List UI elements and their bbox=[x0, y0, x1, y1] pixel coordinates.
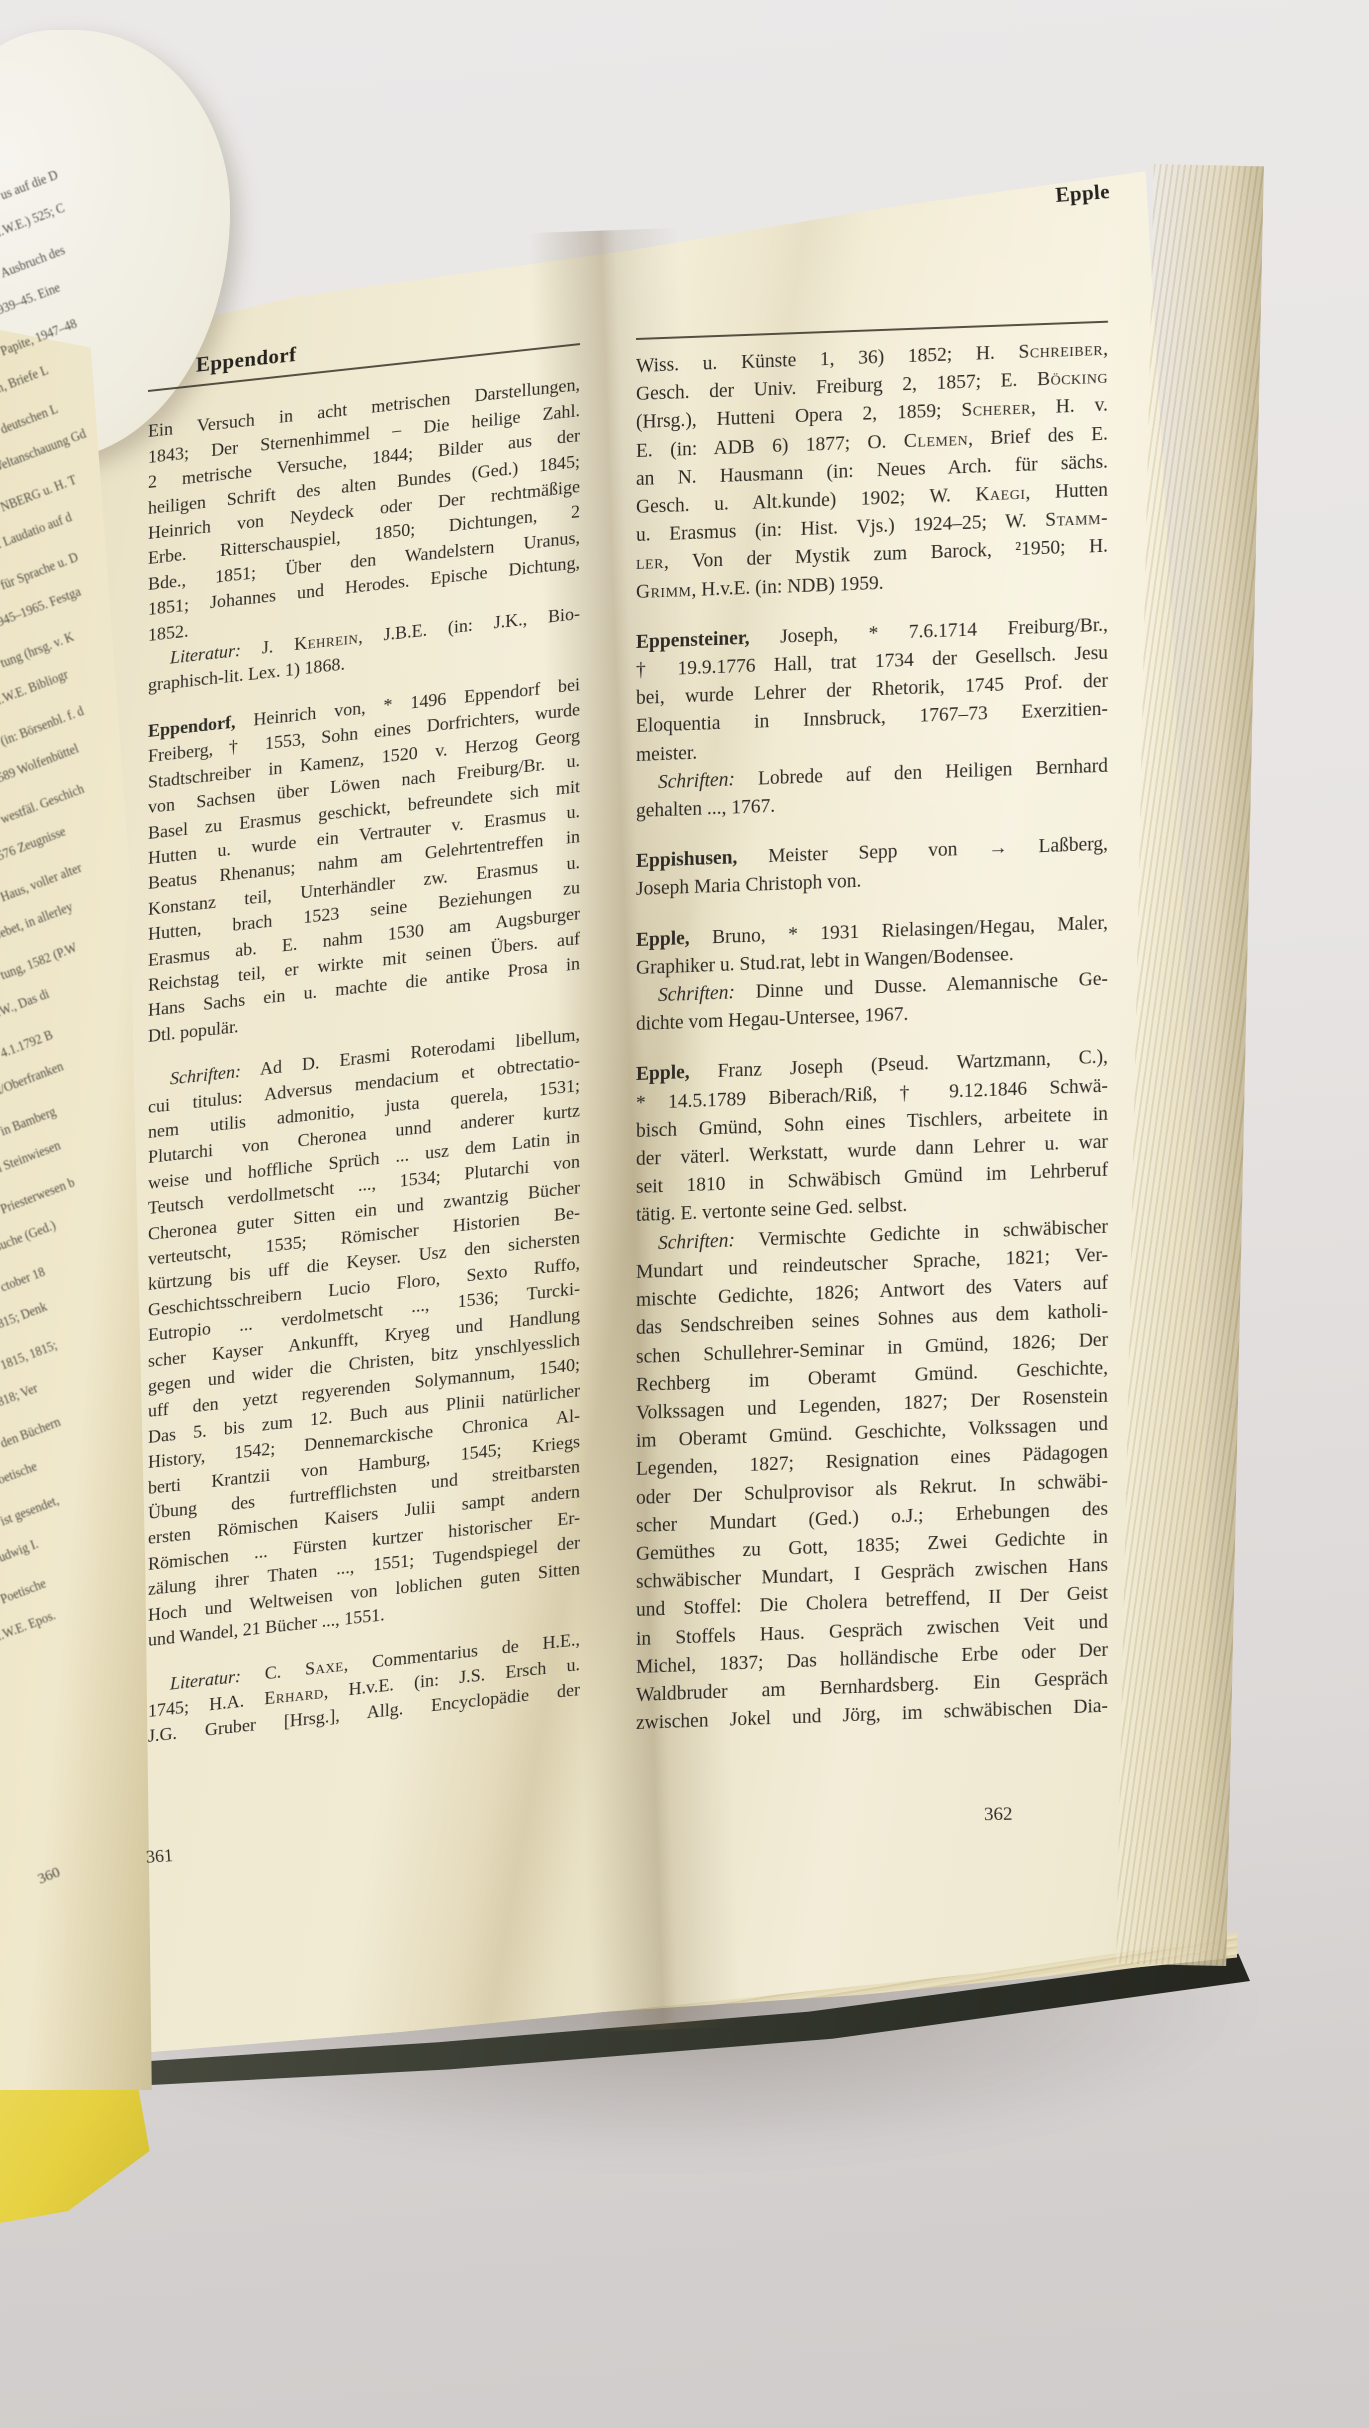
fragment-line: Poetische bbox=[0, 1575, 48, 1607]
fragment-line: Ludwig I. bbox=[0, 1536, 41, 1568]
left-page-entries: Ein Versuch in acht metrischen Darstellu… bbox=[148, 372, 580, 1749]
right-page-text-column: Wiss. u. Künste 1, 36) 1852; H. Schreibe… bbox=[636, 321, 1108, 1761]
fragment-line: 1818; Ver bbox=[0, 1380, 40, 1412]
fragment-line: rsuche (Ged.) bbox=[0, 1217, 58, 1256]
entry-block: Eppishusen, Meister Sepp von → Laßberg,J… bbox=[636, 831, 1108, 905]
fragment-line: P.W., Das di bbox=[0, 986, 51, 1023]
entry-block: Wiss. u. Künste 1, 36) 1852; H. Schreibe… bbox=[636, 336, 1108, 607]
entry-block: Schriften: Ad D. Erasmi Roterodami libel… bbox=[148, 1022, 580, 1653]
fragment-line: H.W.E. Bibliogr bbox=[0, 667, 70, 711]
fragment-line: westfäl. Geschich bbox=[0, 781, 86, 828]
fragment-line: 1815; Denk bbox=[0, 1299, 49, 1335]
fragment-line: Priesterwesen b bbox=[0, 1174, 77, 1217]
page-number-362: 362 bbox=[984, 1804, 1013, 1826]
photo-of-open-lexicon: us auf die DH.W.E.) 525; CAusbruch des19… bbox=[0, 0, 1369, 2428]
entry-block: Epple, Bruno, * 1931 Rielasingen/Hegau, … bbox=[636, 909, 1108, 1039]
fragment-line: ctober 18 bbox=[0, 1264, 47, 1296]
fragment-line: u. Laudatio auf d bbox=[0, 509, 74, 554]
fragment-line: tung (hrsg. v. K bbox=[0, 629, 76, 672]
fragment-line: 1939–45. Eine bbox=[0, 280, 63, 321]
right-page-entries: Wiss. u. Künste 1, 36) 1852; H. Schreibe… bbox=[636, 336, 1108, 1739]
fragment-line: Ausbruch des bbox=[0, 242, 67, 281]
fragment-line: us auf die D bbox=[0, 167, 60, 204]
fragment-line: Papite, 1947–48 bbox=[0, 316, 79, 360]
fragment-line: ist gesendet, bbox=[0, 1493, 61, 1530]
fragment-line: deutschen L bbox=[0, 401, 60, 438]
fragment-line: Haus, voller alter bbox=[0, 860, 84, 906]
fragment-line: 1576 Zeugnisse bbox=[0, 823, 68, 866]
fragment-line: Gebet, in allerley bbox=[0, 899, 75, 945]
page-number-361: 361 bbox=[145, 1845, 173, 1868]
fragment-line: 4.1.1792 B bbox=[0, 1027, 55, 1062]
fragment-line: 1945–1965. Festga bbox=[0, 584, 83, 633]
fragment-line: H.W.E.) 525; C bbox=[0, 200, 67, 243]
fragment-line: tung, 1582 (P.W bbox=[0, 940, 79, 984]
fragment-line: Poetische bbox=[0, 1458, 39, 1490]
fragment-line: in Steinwiesen bbox=[0, 1137, 63, 1178]
left-page-text-column: Eppendorf Ein Versuch in acht metrischen… bbox=[148, 311, 580, 1770]
entry-block: Epple, Franz Joseph (Pseud. Wartzmann, C… bbox=[636, 1044, 1108, 1738]
fragment-line: en, Briefe L bbox=[0, 362, 51, 398]
previous-page-text-fragments: us auf die DH.W.E.) 525; CAusbruch des19… bbox=[0, 150, 138, 1710]
fragment-line: dt/Oberfranken bbox=[0, 1058, 66, 1100]
fragment-line: 1589 Wolfenbüttel bbox=[0, 740, 81, 788]
entry-block: Ein Versuch in acht metrischen Darstellu… bbox=[148, 372, 580, 698]
fragment-line: den Büchern bbox=[0, 1414, 63, 1452]
entry-block: Eppendorf, Heinrich von, * 1496 Eppendor… bbox=[148, 672, 580, 1049]
fragment-line: 1815, 1815; bbox=[0, 1337, 59, 1373]
fragment-line: in Bamberg bbox=[0, 1104, 58, 1140]
fragment-line: H.W.E. Epos. bbox=[0, 1607, 58, 1646]
entry-block: Eppensteiner, Joseph, * 7.6.1714 Freibur… bbox=[636, 612, 1108, 827]
